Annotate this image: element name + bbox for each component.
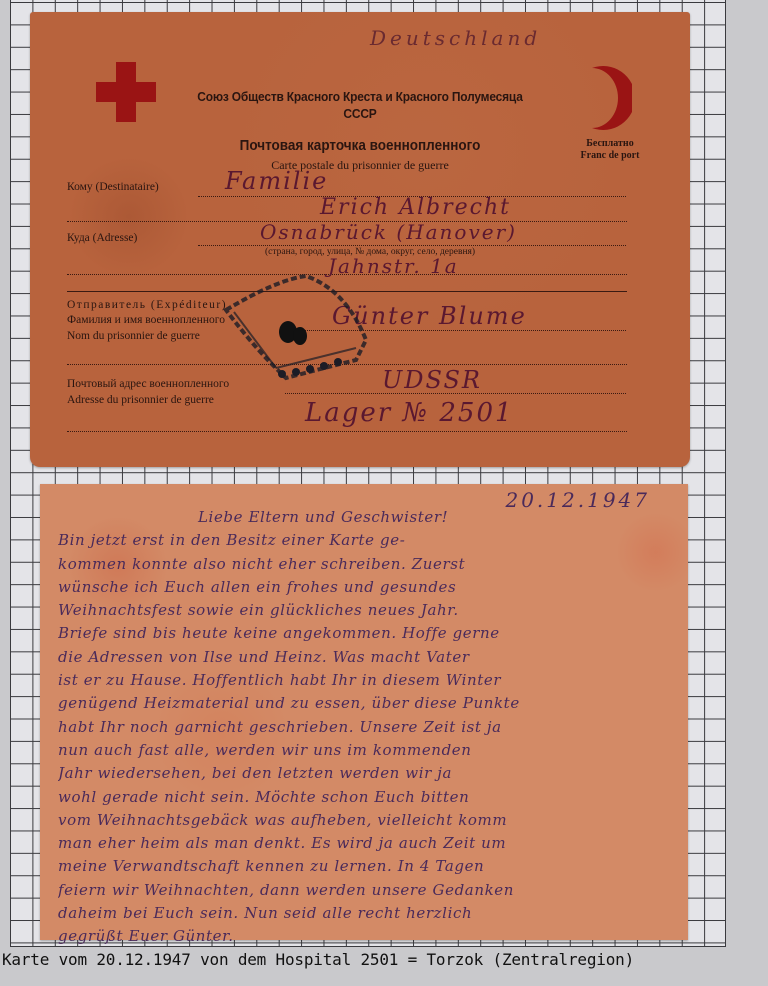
sender-label-1: Отправитель (Expéditeur)	[67, 299, 227, 312]
postcard-back: 20.12.1947 Liebe Eltern und Geschwister!…	[40, 484, 688, 940]
red-cross-icon	[96, 62, 156, 122]
handwritten-country: Deutschland	[370, 26, 541, 50]
letter-line: nun auch fast alle, werden wir uns im ko…	[58, 739, 686, 762]
sender-label-2: Фамилия и имя военнопленного	[67, 314, 225, 327]
form-line	[198, 245, 626, 246]
org-line-1: Союз Обществ Красного Креста и Красного …	[176, 88, 544, 105]
letter-line: habt Ihr noch garnicht geschrieben. Unse…	[58, 716, 686, 739]
letter-line: man eher heim als man denkt. Es wird ja …	[58, 832, 686, 855]
pow-address-label-2: Adresse du prisonnier de guerre	[67, 394, 214, 407]
free-ru: Бесплатно	[550, 138, 670, 150]
letter-line: wünsche ich Euch allen ein frohes und ge…	[58, 576, 686, 599]
letter-line: Briefe sind bis heute keine angekommen. …	[58, 622, 686, 645]
censor-stamp-icon	[216, 270, 376, 385]
letter-line: kommen konnte also nicht eher schreiben.…	[58, 553, 686, 576]
free-fr: Franc de port	[550, 150, 670, 162]
sender-label-3: Nom du prisonnier de guerre	[67, 330, 200, 343]
letter-line: die Adressen von Ilse und Heinz. Was mac…	[58, 646, 686, 669]
address-line-1: Osnabrück (Hanover)	[260, 220, 517, 244]
form-line	[67, 431, 627, 432]
recipient-line-2: Erich Albrecht	[320, 195, 511, 220]
pow-address-line-1: UDSSR	[382, 366, 482, 394]
letter-line: ist er zu Hause. Hoffentlich habt Ihr in…	[58, 669, 686, 692]
org-line-2: СССР	[176, 105, 544, 122]
letter-line: Bin jetzt erst in den Besitz einer Karte…	[58, 529, 686, 552]
album-caption: Karte vom 20.12.1947 von dem Hospital 25…	[2, 950, 768, 969]
organization-name: Союз Обществ Красного Креста и Красного …	[176, 88, 544, 122]
letter-line: genügend Heizmaterial und zu essen, über…	[58, 692, 686, 715]
letter-line: Weihnachtsfest sowie ein glückliches neu…	[58, 599, 686, 622]
recipient-line-1: Familie	[225, 167, 328, 195]
letter-line: feiern wir Weihnachten, dann werden unse…	[58, 879, 686, 902]
pow-address-label-1: Почтовый адрес военнопленного	[67, 378, 229, 391]
letter-line: daheim bei Euch sein. Nun seid alle rech…	[58, 902, 686, 925]
letter-line: wohl gerade nicht sein. Möchte schon Euc…	[58, 786, 686, 809]
red-crescent-icon	[582, 66, 632, 130]
letter-greeting: Liebe Eltern und Geschwister!	[58, 506, 686, 529]
letter-line: meine Verwandtschaft kennen zu lernen. I…	[58, 855, 686, 878]
letter-body: Liebe Eltern und Geschwister! Bin jetzt …	[58, 506, 686, 949]
letter-line: Jahr wiedersehen, bei den letzten werden…	[58, 762, 686, 785]
letter-line: gegrüßt Euer Günter.	[58, 925, 686, 948]
recipient-label: Кому (Destinataire)	[67, 181, 159, 194]
pow-address-line-2: Lager № 2501	[305, 398, 514, 428]
letter-line: vom Weihnachtsgebäck was aufheben, viell…	[58, 809, 686, 832]
postage-free-label: Бесплатно Franc de port	[550, 138, 670, 162]
postcard-front: Deutschland Союз Обществ Красного Креста…	[30, 12, 690, 467]
card-title-ru: Почтовая карточка военнопленного	[180, 137, 540, 154]
card-title-fr: Carte postale du prisonnier de guerre	[160, 158, 560, 173]
address-label: Куда (Adresse)	[67, 232, 137, 245]
